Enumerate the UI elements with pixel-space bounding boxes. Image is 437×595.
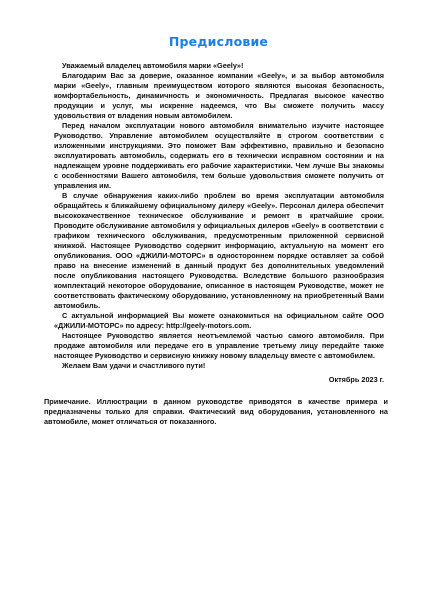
thanks-paragraph: Благодарим Вас за доверие, оказанное ком… — [54, 71, 384, 121]
greeting-paragraph: Уважаемый владелец автомобиля марки «Gee… — [54, 61, 384, 71]
website-paragraph: С актуальной информацией Вы можете ознак… — [54, 311, 384, 331]
note-block: Примечание. Иллюстрации в данном руковод… — [44, 397, 388, 427]
preface-body: Уважаемый владелец автомобиля марки «Gee… — [54, 61, 384, 371]
service-paragraph: В случае обнаружения каких-либо проблем … — [54, 191, 384, 311]
wishes-paragraph: Желаем Вам удачи и счастливого пути! — [54, 361, 384, 371]
document-page: Предисловие Уважаемый владелец автомобил… — [0, 0, 437, 595]
transfer-paragraph: Настоящее Руководство является неотъемле… — [54, 331, 384, 361]
publication-date: Октябрь 2023 г. — [54, 375, 384, 385]
note-text: Примечание. Иллюстрации в данном руковод… — [44, 397, 388, 427]
page-title: Предисловие — [0, 34, 437, 49]
instructions-paragraph: Перед началом эксплуатации нового автомо… — [54, 121, 384, 191]
